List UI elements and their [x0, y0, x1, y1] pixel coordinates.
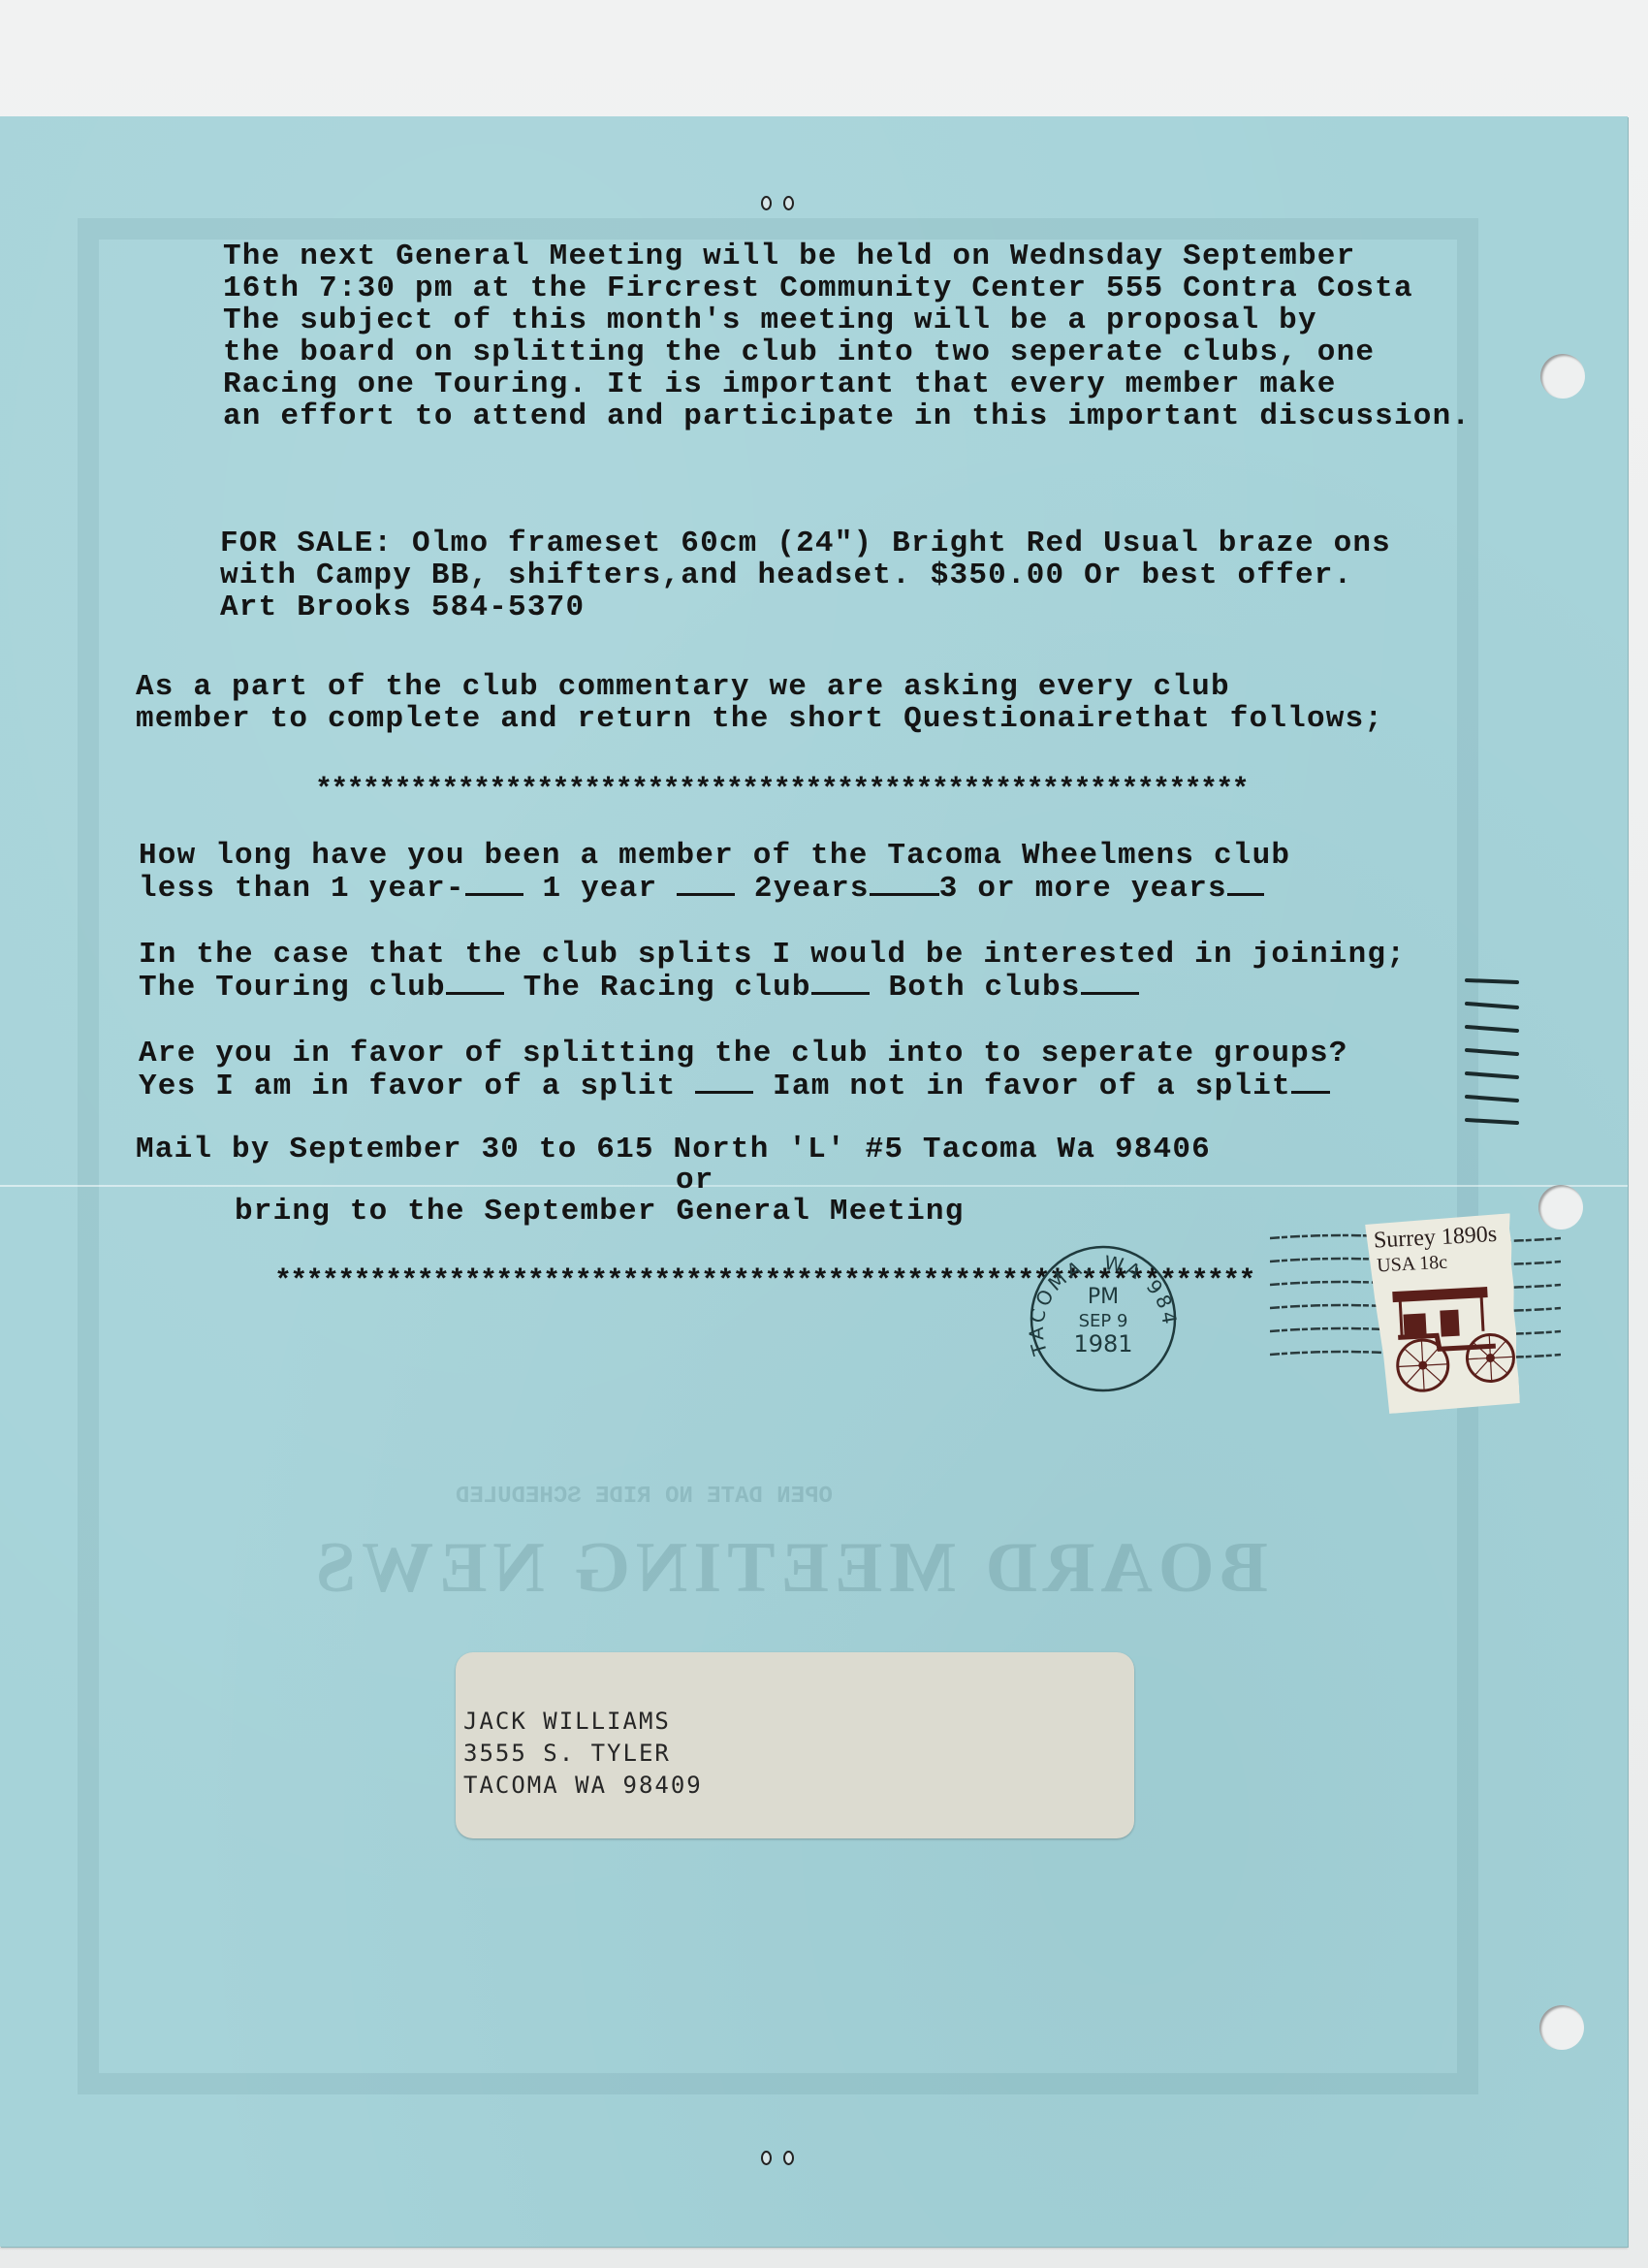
mailing-address: JACK WILLIAMS 3555 S. TYLER TACOMA WA 98… — [463, 1706, 703, 1802]
intro-line: As a part of the club commentary we are … — [136, 671, 1230, 703]
bleed-through-schedule: OPEN DATE NO RIDE SCHEDULED — [456, 1484, 833, 1510]
answer-blank-1-year[interactable] — [677, 872, 735, 896]
newsletter-page: BOARD MEETING NEWS OPEN DATE NO RIDE SCH… — [0, 116, 1628, 2247]
recipient-name: JACK WILLIAMS — [463, 1708, 671, 1735]
meeting-notice-line: The subject of this month's meeting will… — [223, 304, 1317, 336]
city-state-zip: TACOMA WA 98409 — [463, 1772, 703, 1799]
meeting-notice-line: 16th 7:30 pm at the Fircrest Community C… — [223, 272, 1413, 304]
option-both-clubs: Both clubs — [889, 971, 1081, 1005]
answer-blank-less-than-1-year[interactable] — [465, 872, 523, 896]
street-address: 3555 S. TYLER — [463, 1740, 671, 1767]
postmark-time: PM — [1088, 1285, 1119, 1309]
meeting-notice-line: an effort to attend and participate in t… — [223, 400, 1471, 432]
question-3-options: Yes I am in favor of a split Iam not in … — [139, 1070, 1330, 1102]
answer-blank-racing-club[interactable] — [811, 971, 870, 995]
cancellation-hatch-marks — [1463, 973, 1521, 1128]
punch-hole-middle — [1538, 1185, 1583, 1230]
question-3-prompt: Are you in favor of splitting the club i… — [139, 1038, 1348, 1070]
option-racing-club: The Racing club — [523, 971, 811, 1005]
answer-blank-not-in-favor[interactable] — [1291, 1070, 1330, 1094]
separator-top: ****************************************… — [315, 776, 1253, 805]
postmark-year: 1981 — [1073, 1330, 1132, 1358]
staple-hole-bottom-left — [761, 2151, 772, 2165]
postmark: TACOMA, WA 984 PM SEP 9 1981 — [1028, 1243, 1179, 1394]
option-1-year: 1 year — [542, 872, 657, 906]
answer-blank-in-favor[interactable] — [695, 1070, 753, 1094]
answer-blank-2-years[interactable] — [870, 872, 939, 896]
bring-to-meeting-line: bring to the September General Meeting — [235, 1196, 965, 1228]
mail-by-line: Mail by September 30 to 615 North 'L' #5… — [136, 1134, 1211, 1166]
stamp-value: USA 18c — [1377, 1252, 1448, 1278]
meeting-notice-line: Racing one Touring. It is important that… — [223, 368, 1337, 400]
surrey-carriage-icon — [1386, 1281, 1518, 1399]
question-2-prompt: In the case that the club splits I would… — [139, 939, 1406, 971]
option-touring-club: The Touring club — [139, 971, 446, 1005]
option-3-or-more-years: 3 or more years — [939, 872, 1227, 906]
bleed-through-heading: BOARD MEETING NEWS — [310, 1527, 1268, 1610]
mailing-label: JACK WILLIAMS 3555 S. TYLER TACOMA WA 98… — [456, 1652, 1134, 1838]
option-in-favor: Yes I am in favor of a split — [139, 1070, 677, 1103]
question-2-options: The Touring club The Racing club Both cl… — [139, 971, 1139, 1004]
meeting-notice-line: the board on splitting the club into two… — [223, 336, 1375, 368]
question-1-options: less than 1 year- 1 year 2years3 or more… — [139, 872, 1264, 905]
fold-crease — [0, 1185, 1628, 1187]
staple-hole-top-right — [783, 196, 794, 210]
answer-blank-3-or-more-years[interactable] — [1227, 872, 1264, 896]
option-less-than-1-year: less than 1 year- — [139, 872, 465, 906]
postage-stamp: Surrey 1890s USA 18c — [1365, 1213, 1520, 1415]
option-2-years: 2years — [754, 872, 870, 906]
or-line: or — [676, 1165, 714, 1197]
for-sale-line: with Campy BB, shifters,and headset. $35… — [220, 559, 1352, 591]
answer-blank-touring-club[interactable] — [446, 971, 504, 995]
punch-hole-bottom — [1539, 2005, 1584, 2050]
for-sale-line: FOR SALE: Olmo frameset 60cm (24") Brigh… — [220, 527, 1391, 559]
question-1-prompt: How long have you been a member of the T… — [139, 840, 1290, 872]
for-sale-line: Art Brooks 584-5370 — [220, 591, 585, 623]
stamp-title: Surrey 1890s — [1373, 1222, 1498, 1255]
staple-hole-bottom-right — [783, 2151, 794, 2165]
meeting-notice-line: The next General Meeting will be held on… — [223, 240, 1355, 272]
punch-hole-top — [1540, 354, 1585, 399]
staple-hole-top-left — [761, 196, 772, 210]
option-not-in-favor: Iam not in favor of a split — [773, 1070, 1291, 1103]
postmark-date: SEP 9 — [1079, 1311, 1128, 1331]
intro-line: member to complete and return the short … — [136, 703, 1383, 735]
answer-blank-both-clubs[interactable] — [1081, 971, 1139, 995]
